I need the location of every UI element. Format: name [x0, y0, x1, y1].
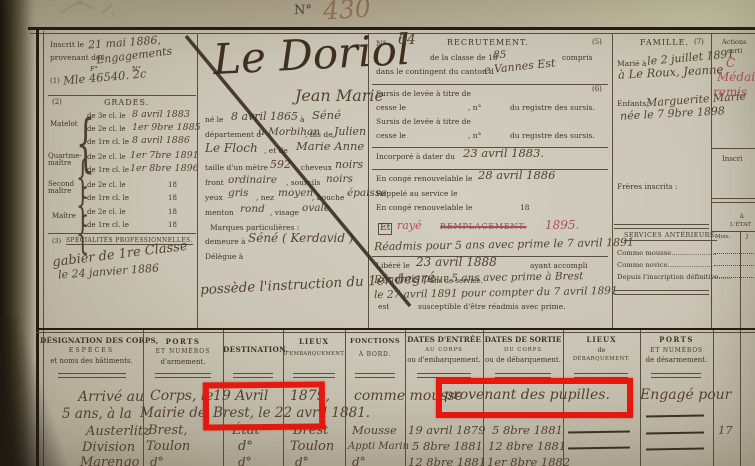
- libere-label: Libéré le: [376, 262, 410, 270]
- highlight-box-arrival-date: [203, 381, 325, 430]
- strip-mois-label: Mois.: [715, 235, 730, 241]
- classe-value: 85: [493, 50, 506, 61]
- conge2-label: En congé renouvelable le: [376, 204, 472, 212]
- num2-label: , n°: [468, 132, 481, 140]
- header-underline: [293, 373, 335, 378]
- row-date-entree: 19 avril 1879: [408, 425, 485, 437]
- row-port-armement: d°: [150, 456, 164, 466]
- row-fonction: d°: [352, 456, 366, 466]
- rec-title: RECRUTEMENT.: [447, 39, 529, 47]
- incorpore-value: 23 avril 1883.: [463, 148, 544, 160]
- strip-jours-label: J: [746, 235, 748, 241]
- dotted-line: [714, 264, 754, 266]
- services-novice: Comme novice.....................: [617, 262, 713, 269]
- et-label: Et: [378, 223, 392, 235]
- classe-label: de la classe de 18: [430, 54, 498, 62]
- col-header-lieux-debarquement-2: de: [563, 347, 640, 354]
- strip-mini-divider: [740, 231, 741, 466]
- rappele-label: Rappelé au service le: [376, 190, 458, 198]
- double-rule: [614, 224, 709, 229]
- col-header-dates-entree-3: ou d'embarquement.: [405, 357, 483, 364]
- famille-marker: (7): [694, 39, 704, 46]
- row-port-armement: Brest,: [148, 424, 188, 437]
- col-header-ports-armement-3: d'armement.: [143, 359, 223, 366]
- col-header-ports-desarmement: PORTS: [640, 336, 713, 343]
- est-label: est: [378, 303, 389, 311]
- ship-name: Marengo: [80, 456, 140, 466]
- row-date-sortie: 1er 8bre 1882: [487, 457, 570, 466]
- page-corner-shadow: [0, 316, 78, 466]
- col-header-lieux-embarquement: LIEUX: [283, 338, 345, 345]
- col-header-ports-armement-2: ET NUMÉROS: [143, 349, 223, 355]
- strip-certi-label: certi: [727, 48, 742, 55]
- conge1-value: 28 avril 1886: [478, 170, 555, 182]
- susceptible-label: susceptible d'être réadmis avec prime.: [418, 303, 566, 311]
- num1-label: , n°: [468, 104, 481, 112]
- row-fonction: Mousse: [352, 425, 397, 437]
- raye-red-note: rayé: [397, 220, 422, 231]
- incorpore-label: Incorporé à dater du: [376, 153, 455, 161]
- ship-name: Division: [82, 441, 135, 454]
- strip-red-note-2: Médai: [717, 71, 755, 83]
- strip-actions-label: Actions: [722, 39, 746, 46]
- compris-label: compris: [562, 54, 592, 62]
- strip-red-note-1: C: [726, 57, 735, 69]
- col-header-ports-desarmement-2: ET NUMÉROS: [640, 348, 713, 354]
- strip-inscrit-label: Inscri: [722, 156, 742, 163]
- conge2-value: 18: [520, 204, 530, 212]
- col-header-destination: DESTINATION.: [223, 346, 283, 354]
- sursis1-label: Sursis de levée à titre de: [376, 90, 471, 98]
- row-destination: d°: [238, 456, 252, 466]
- strip-a-label: à: [740, 213, 744, 220]
- col-header-dates-sortie: DATES DE SORTIE: [483, 336, 563, 344]
- rule: [712, 231, 755, 232]
- registre2-label: du registre des sursis.: [510, 132, 595, 140]
- col-header-ports-armement: PORTS: [143, 338, 223, 345]
- services-mousse: Comme mousse.....................: [617, 250, 717, 257]
- col-header-dates-sortie-2: DU CORPS: [483, 348, 563, 354]
- sursis-marker: (6): [592, 86, 602, 93]
- rule: [372, 84, 608, 85]
- raye-year: 1895.: [545, 219, 579, 231]
- rec-no-value: 64: [398, 33, 416, 47]
- dotted-line: [714, 276, 754, 278]
- cesse2-label: cesse le: [376, 132, 406, 140]
- ayant-label: ayant accompli: [530, 262, 588, 270]
- dotted-line: [714, 252, 754, 254]
- col-header-fonctions-2: À BORD.: [345, 352, 405, 358]
- row-date-entree: 5 8bre 1881: [412, 441, 483, 453]
- arrival-line2-part: Mairie de: [140, 407, 206, 421]
- row-lieu-embarquement: d°: [295, 456, 309, 466]
- col-header-lieux-debarquement-3: DÉBARQUEMENT.: [563, 357, 640, 363]
- ship-name: Austerlitz: [86, 425, 150, 438]
- col-header-fonctions: FONCTIONS: [345, 338, 405, 345]
- row-port-armement: Toulon: [146, 440, 190, 453]
- rec-marker: (5): [592, 39, 602, 46]
- header-underline: [233, 373, 273, 378]
- registre1-label: du registre des sursis.: [510, 104, 595, 112]
- arrival-part: Arrivé au: [78, 390, 144, 404]
- row-duration: 17: [718, 425, 733, 437]
- highlight-box-provenance: [436, 378, 633, 418]
- col-header-dates-entree-2: AU CORPS: [405, 348, 483, 354]
- row-date-sortie: 12 8bre 1881: [488, 441, 566, 453]
- arrival-part: Engagé pour: [640, 388, 731, 402]
- col-header-lieux-debarquement: LIEUX: [563, 336, 640, 343]
- famille-title: FAMILLE.: [640, 39, 689, 47]
- double-rule: [712, 198, 755, 203]
- row-destination: d°: [238, 440, 253, 453]
- cesse1-label: cesse le: [376, 104, 406, 112]
- services-title: SERVICES ANTÉRIEURS.: [624, 233, 717, 241]
- rule: [712, 148, 755, 149]
- header-underline: [155, 373, 211, 378]
- libere-value: 23 avril 1888: [416, 256, 497, 268]
- register-photo: N° 430 Inscrit le 21 mai 1886, provenant…: [0, 0, 755, 466]
- col-header-dates-entree: DATES D'ENTRÉE: [405, 336, 483, 344]
- strip-red-note-3: remis: [713, 86, 747, 98]
- header-underline: [651, 373, 701, 378]
- sursis2-label: Sursis de levée à titre de: [376, 118, 471, 126]
- col-header-ports-desarmement-3: de désarmement.: [640, 357, 713, 364]
- remplacement-struck: REMPLACEMENT.: [440, 223, 527, 231]
- rec-no-label: N°: [376, 40, 386, 48]
- header-underline: [355, 373, 395, 378]
- double-rule: [614, 290, 709, 295]
- col-header-lieux-embarquement-2: D'EMBARQUEMENT.: [283, 352, 345, 358]
- canton-label: dans le contingent du canton d: [376, 68, 494, 76]
- strip-etat-label: L'ÉTAT: [730, 222, 751, 228]
- row-date-sortie: 5 8bre 1881: [492, 425, 563, 437]
- row-date-entree: 12 8bre 1881: [408, 457, 486, 466]
- row-fonction: Appti Marin: [348, 442, 409, 452]
- table-col-line: [345, 330, 346, 466]
- freres-label: Frères inscrits :: [617, 183, 678, 191]
- conge1-label: En congé renouvelable le: [376, 175, 472, 183]
- col-header-dates-sortie-3: ou de débarquement.: [483, 357, 563, 364]
- row-lieu-embarquement: Toulon: [290, 440, 334, 453]
